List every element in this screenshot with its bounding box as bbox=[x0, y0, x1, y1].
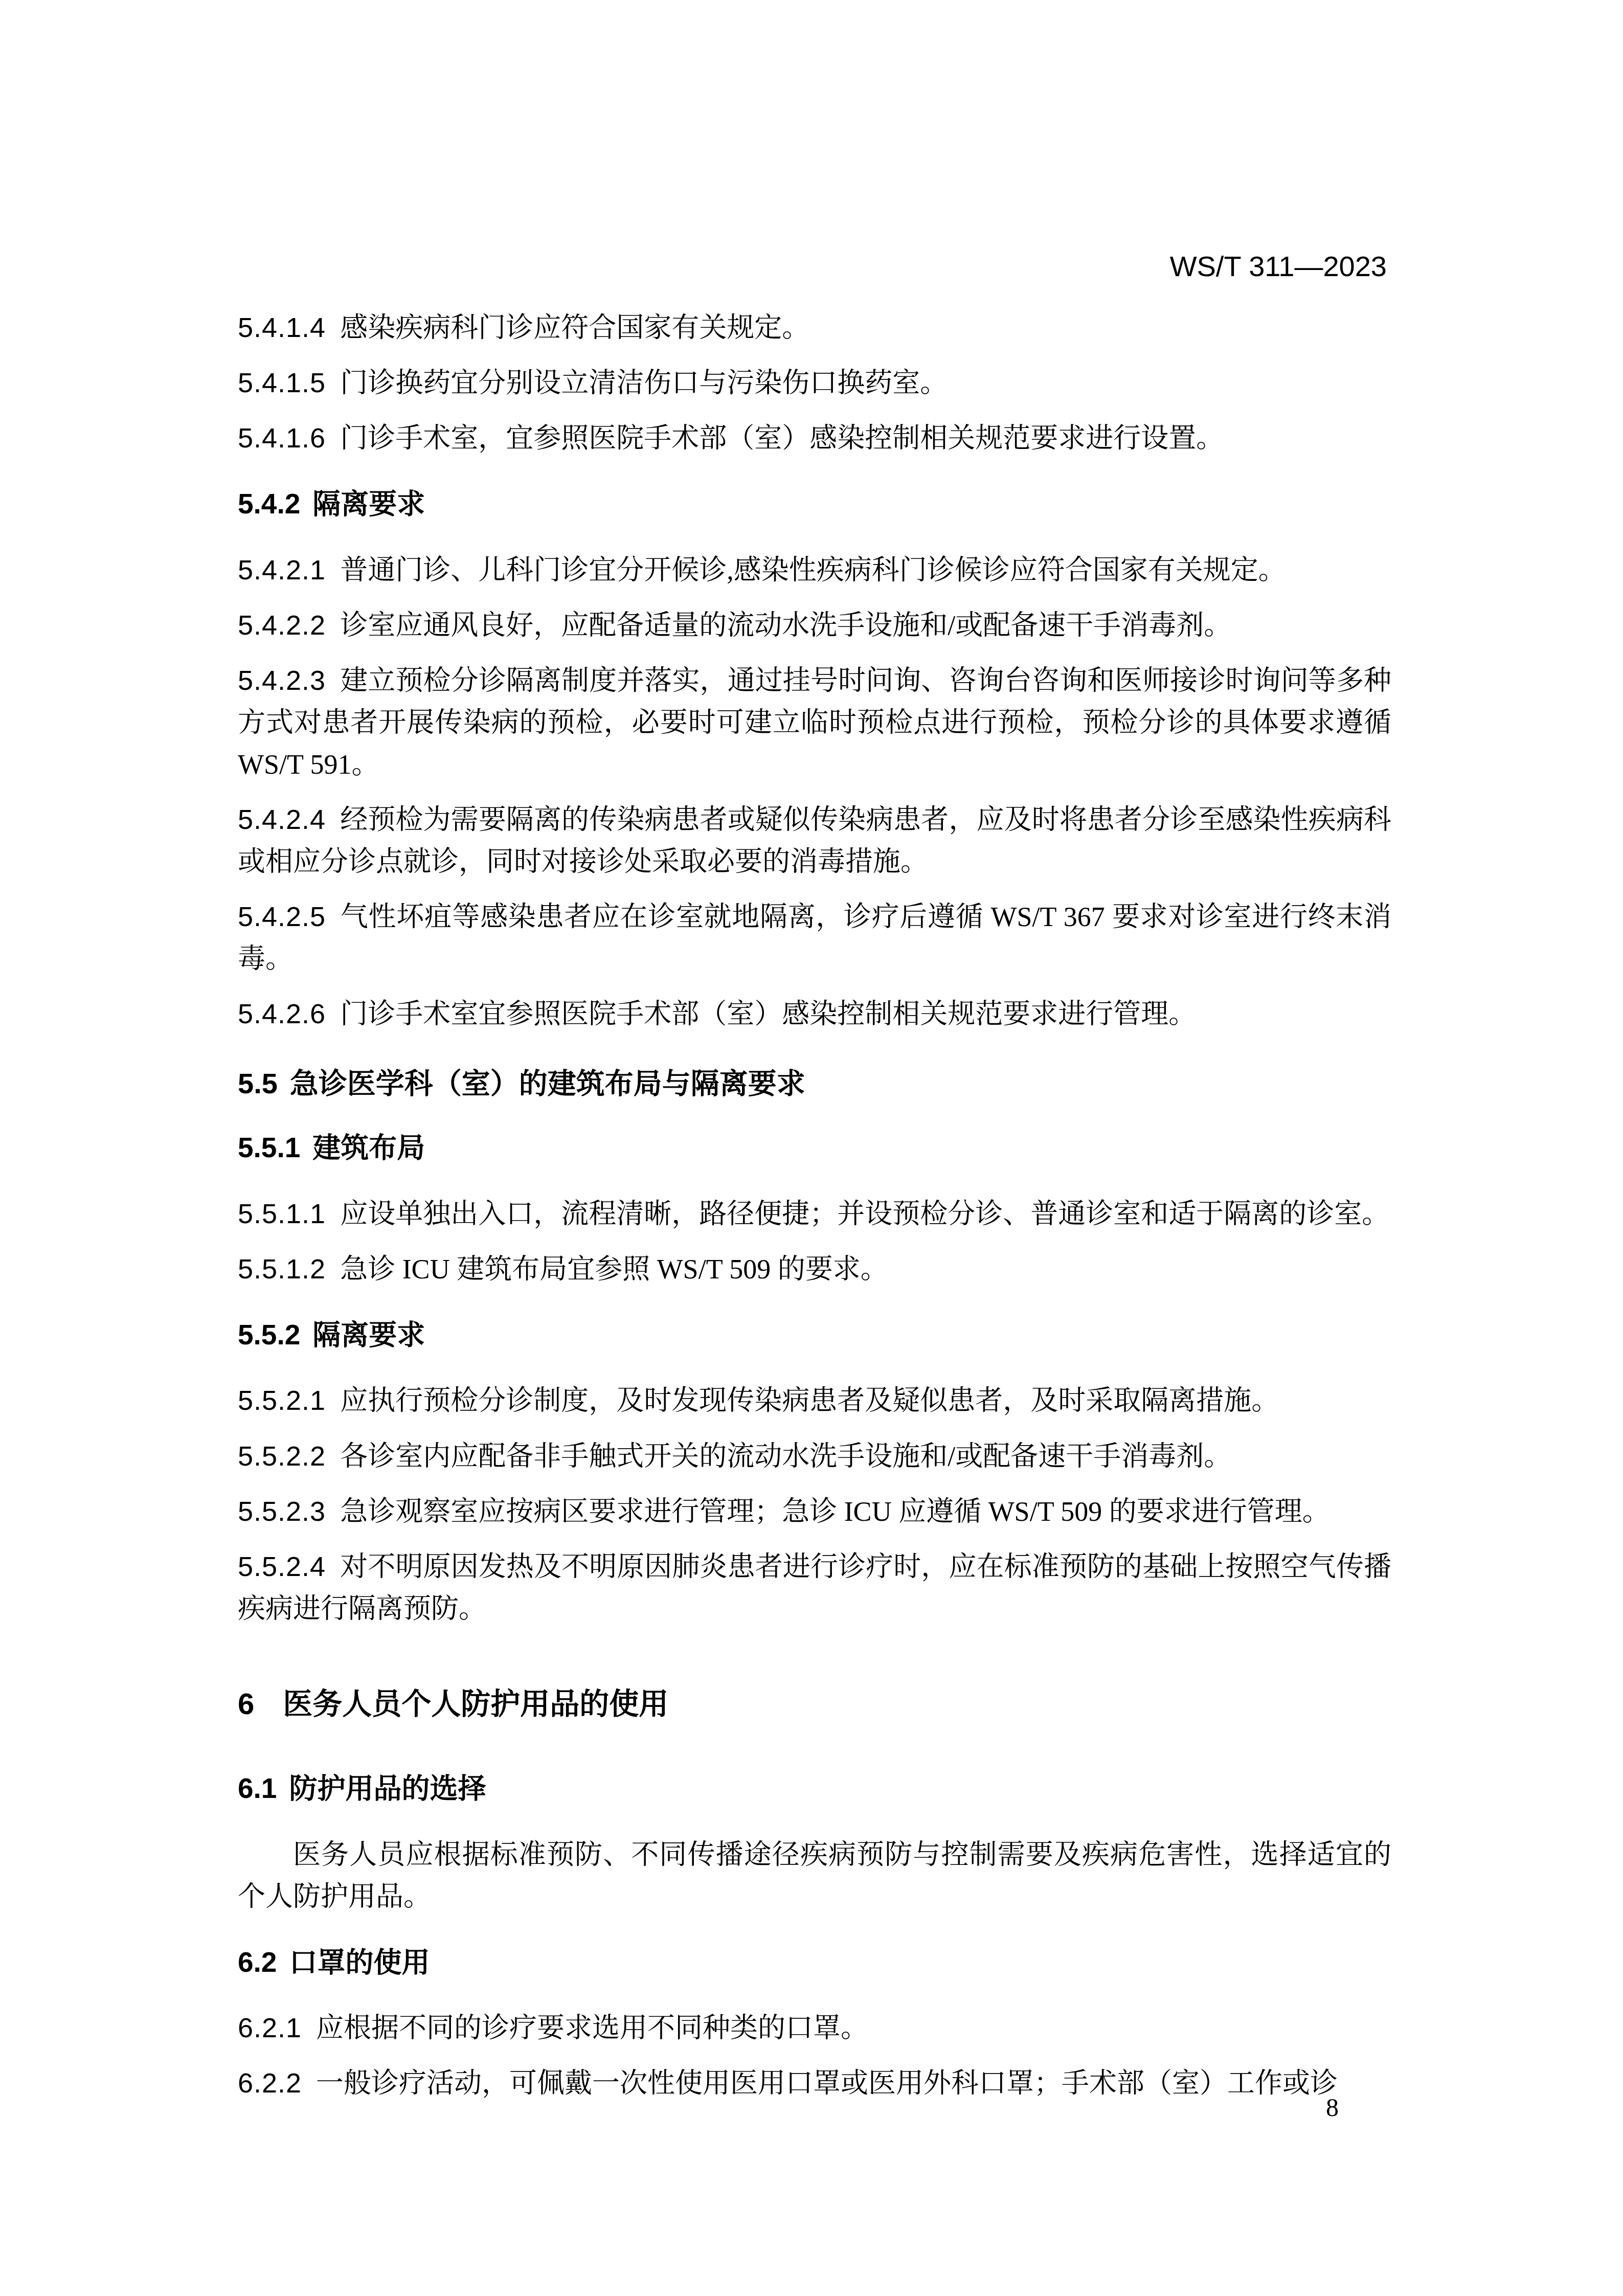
clause-5-5-2-1: 5.5.2.1应执行预检分诊制度，及时发现传染病患者及疑似患者，及时采取隔离措施… bbox=[238, 1380, 1391, 1422]
document-page: WS/T 311—2023 5.4.1.4感染疾病科门诊应符合国家有关规定。 5… bbox=[0, 0, 1623, 2296]
heading-number: 5.5.2 bbox=[238, 1319, 300, 1350]
heading-5-5-2: 5.5.2隔离要求 bbox=[238, 1317, 1391, 1354]
clause-5-4-2-2: 5.4.2.2诊室应通风良好，应配备适量的流动水洗手设施和/或配备速干手消毒剂。 bbox=[238, 604, 1391, 646]
heading-number: 6 bbox=[238, 1687, 254, 1721]
clause-text: 一般诊疗活动，可佩戴一次性使用医用口罩或医用外科口罩；手术部（室）工作或诊 bbox=[316, 2068, 1338, 2099]
clause-text: 急诊 ICU 建筑布局宜参照 WS/T 509 的要求。 bbox=[340, 1254, 888, 1285]
clause-5-4-1-4: 5.4.1.4感染疾病科门诊应符合国家有关规定。 bbox=[238, 307, 1391, 349]
clause-number: 5.4.2.2 bbox=[238, 610, 326, 641]
clause-number: 5.5.1.1 bbox=[238, 1199, 326, 1229]
clause-text: 应根据不同的诊疗要求选用不同种类的口罩。 bbox=[316, 2013, 868, 2043]
clause-number: 5.4.2.5 bbox=[238, 902, 326, 932]
clause-5-4-2-1: 5.4.2.1普通门诊、儿科门诊宜分开候诊,感染性疾病科门诊候诊应符合国家有关规… bbox=[238, 549, 1391, 591]
heading-text: 隔离要求 bbox=[312, 488, 425, 520]
clause-text: 建立预检分诊隔离制度并落实，通过挂号时问询、咨询台咨询和医师接诊时询问等多种方式… bbox=[238, 665, 1391, 780]
page-number: 8 bbox=[1326, 2092, 1339, 2122]
clause-text: 急诊观察室应按病区要求进行管理；急诊 ICU 应遵循 WS/T 509 的要求进… bbox=[340, 1496, 1330, 1527]
clause-text: 各诊室内应配备非手触式开关的流动水洗手设施和/或配备速干手消毒剂。 bbox=[340, 1441, 1231, 1472]
heading-6-2: 6.2口罩的使用 bbox=[238, 1944, 1391, 1981]
clause-number: 5.5.2.1 bbox=[238, 1385, 326, 1416]
clause-number: 5.4.2.1 bbox=[238, 555, 326, 586]
clause-number: 5.5.2.2 bbox=[238, 1441, 326, 1472]
clause-number: 5.4.2.4 bbox=[238, 804, 326, 835]
clause-number: 5.4.2.3 bbox=[238, 665, 326, 696]
heading-5-4-2: 5.4.2隔离要求 bbox=[238, 486, 1391, 523]
clause-text: 门诊手术室宜参照医院手术部（室）感染控制相关规范要求进行管理。 bbox=[340, 999, 1196, 1029]
heading-5-5: 5.5急诊医学科（室）的建筑布局与隔离要求 bbox=[238, 1065, 1391, 1102]
clause-text: 应执行预检分诊制度，及时发现传染病患者及疑似患者，及时采取隔离措施。 bbox=[340, 1385, 1279, 1416]
clause-number: 5.5.1.2 bbox=[238, 1254, 326, 1285]
clause-text: 门诊手术室，宜参照医院手术部（室）感染控制相关规范要求进行设置。 bbox=[340, 423, 1224, 454]
heading-number: 6.1 bbox=[238, 1772, 277, 1804]
clause-number: 5.5.2.3 bbox=[238, 1496, 326, 1527]
clause-5-5-2-4: 5.5.2.4对不明原因发热及不明原因肺炎患者进行诊疗时，应在标准预防的基础上按… bbox=[238, 1546, 1391, 1630]
heading-text: 隔离要求 bbox=[312, 1319, 425, 1350]
heading-number: 6.2 bbox=[238, 1946, 277, 1978]
clause-number: 5.4.1.4 bbox=[238, 312, 326, 343]
heading-number: 5.5.1 bbox=[238, 1132, 300, 1163]
clause-6-2-1: 6.2.1应根据不同的诊疗要求选用不同种类的口罩。 bbox=[238, 2007, 1391, 2049]
heading-6-1: 6.1防护用品的选择 bbox=[238, 1770, 1391, 1807]
clause-5-4-2-5: 5.4.2.5气性坏疽等感染患者应在诊室就地隔离，诊疗后遵循 WS/T 367 … bbox=[238, 896, 1391, 980]
clause-text: 应设单独出入口，流程清晰，路径便捷；并设预检分诊、普通诊室和适于隔离的诊室。 bbox=[340, 1199, 1389, 1229]
clause-text: 气性坏疽等感染患者应在诊室就地隔离，诊疗后遵循 WS/T 367 要求对诊室进行… bbox=[238, 902, 1391, 974]
clause-5-5-1-1: 5.5.1.1应设单独出入口，流程清晰，路径便捷；并设预检分诊、普通诊室和适于隔… bbox=[238, 1193, 1391, 1235]
heading-text: 防护用品的选择 bbox=[289, 1772, 486, 1804]
document-code-header: WS/T 311—2023 bbox=[1170, 250, 1387, 283]
heading-text: 口罩的使用 bbox=[289, 1946, 430, 1978]
clause-5-5-1-2: 5.5.1.2急诊 ICU 建筑布局宜参照 WS/T 509 的要求。 bbox=[238, 1248, 1391, 1290]
clause-number: 5.5.2.4 bbox=[238, 1551, 326, 1582]
clause-number: 5.4.1.5 bbox=[238, 368, 326, 398]
clause-text: 诊室应通风良好，应配备适量的流动水洗手设施和/或配备速干手消毒剂。 bbox=[340, 610, 1231, 641]
heading-text: 建筑布局 bbox=[312, 1132, 425, 1163]
heading-number: 5.4.2 bbox=[238, 488, 300, 520]
clause-5-4-1-6: 5.4.1.6门诊手术室，宜参照医院手术部（室）感染控制相关规范要求进行设置。 bbox=[238, 417, 1391, 459]
clause-text: 普通门诊、儿科门诊宜分开候诊,感染性疾病科门诊候诊应符合国家有关规定。 bbox=[340, 555, 1286, 586]
heading-number: 5.5 bbox=[238, 1067, 278, 1099]
clause-6-2-2: 6.2.2一般诊疗活动，可佩戴一次性使用医用口罩或医用外科口罩；手术部（室）工作… bbox=[238, 2062, 1391, 2104]
heading-5-5-1: 5.5.1建筑布局 bbox=[238, 1130, 1391, 1166]
clause-number: 6.2.1 bbox=[238, 2013, 302, 2043]
clause-5-5-2-2: 5.5.2.2各诊室内应配备非手触式开关的流动水洗手设施和/或配备速干手消毒剂。 bbox=[238, 1435, 1391, 1477]
paragraph-6-1-body: 医务人员应根据标准预防、不同传播途径疾病预防与控制需要及疾病危害性，选择适宜的个… bbox=[238, 1834, 1391, 1918]
clause-text: 感染疾病科门诊应符合国家有关规定。 bbox=[340, 312, 809, 343]
clause-text: 门诊换药宜分别设立清洁伤口与污染伤口换药室。 bbox=[340, 368, 948, 398]
clause-text: 对不明原因发热及不明原因肺炎患者进行诊疗时，应在标准预防的基础上按照空气传播疾病… bbox=[238, 1551, 1391, 1624]
clause-number: 5.4.2.6 bbox=[238, 999, 326, 1029]
heading-chapter-6: 6医务人员个人防护用品的使用 bbox=[238, 1685, 1391, 1723]
clause-5-4-2-4: 5.4.2.4经预检为需要隔离的传染病患者或疑似传染病患者，应及时将患者分诊至感… bbox=[238, 799, 1391, 883]
clause-number: 6.2.2 bbox=[238, 2068, 302, 2099]
heading-text: 医务人员个人防护用品的使用 bbox=[283, 1687, 668, 1721]
clause-5-5-2-3: 5.5.2.3急诊观察室应按病区要求进行管理；急诊 ICU 应遵循 WS/T 5… bbox=[238, 1491, 1391, 1533]
document-content: 5.4.1.4感染疾病科门诊应符合国家有关规定。 5.4.1.5门诊换药宜分别设… bbox=[238, 307, 1391, 2118]
heading-text: 急诊医学科（室）的建筑布局与隔离要求 bbox=[290, 1067, 805, 1099]
clause-5-4-1-5: 5.4.1.5门诊换药宜分别设立清洁伤口与污染伤口换药室。 bbox=[238, 362, 1391, 404]
clause-number: 5.4.1.6 bbox=[238, 423, 326, 454]
clause-text: 经预检为需要隔离的传染病患者或疑似传染病患者，应及时将患者分诊至感染性疾病科或相… bbox=[238, 804, 1391, 877]
clause-5-4-2-6: 5.4.2.6门诊手术室宜参照医院手术部（室）感染控制相关规范要求进行管理。 bbox=[238, 993, 1391, 1035]
clause-5-4-2-3: 5.4.2.3建立预检分诊隔离制度并落实，通过挂号时问询、咨询台咨询和医师接诊时… bbox=[238, 660, 1391, 785]
